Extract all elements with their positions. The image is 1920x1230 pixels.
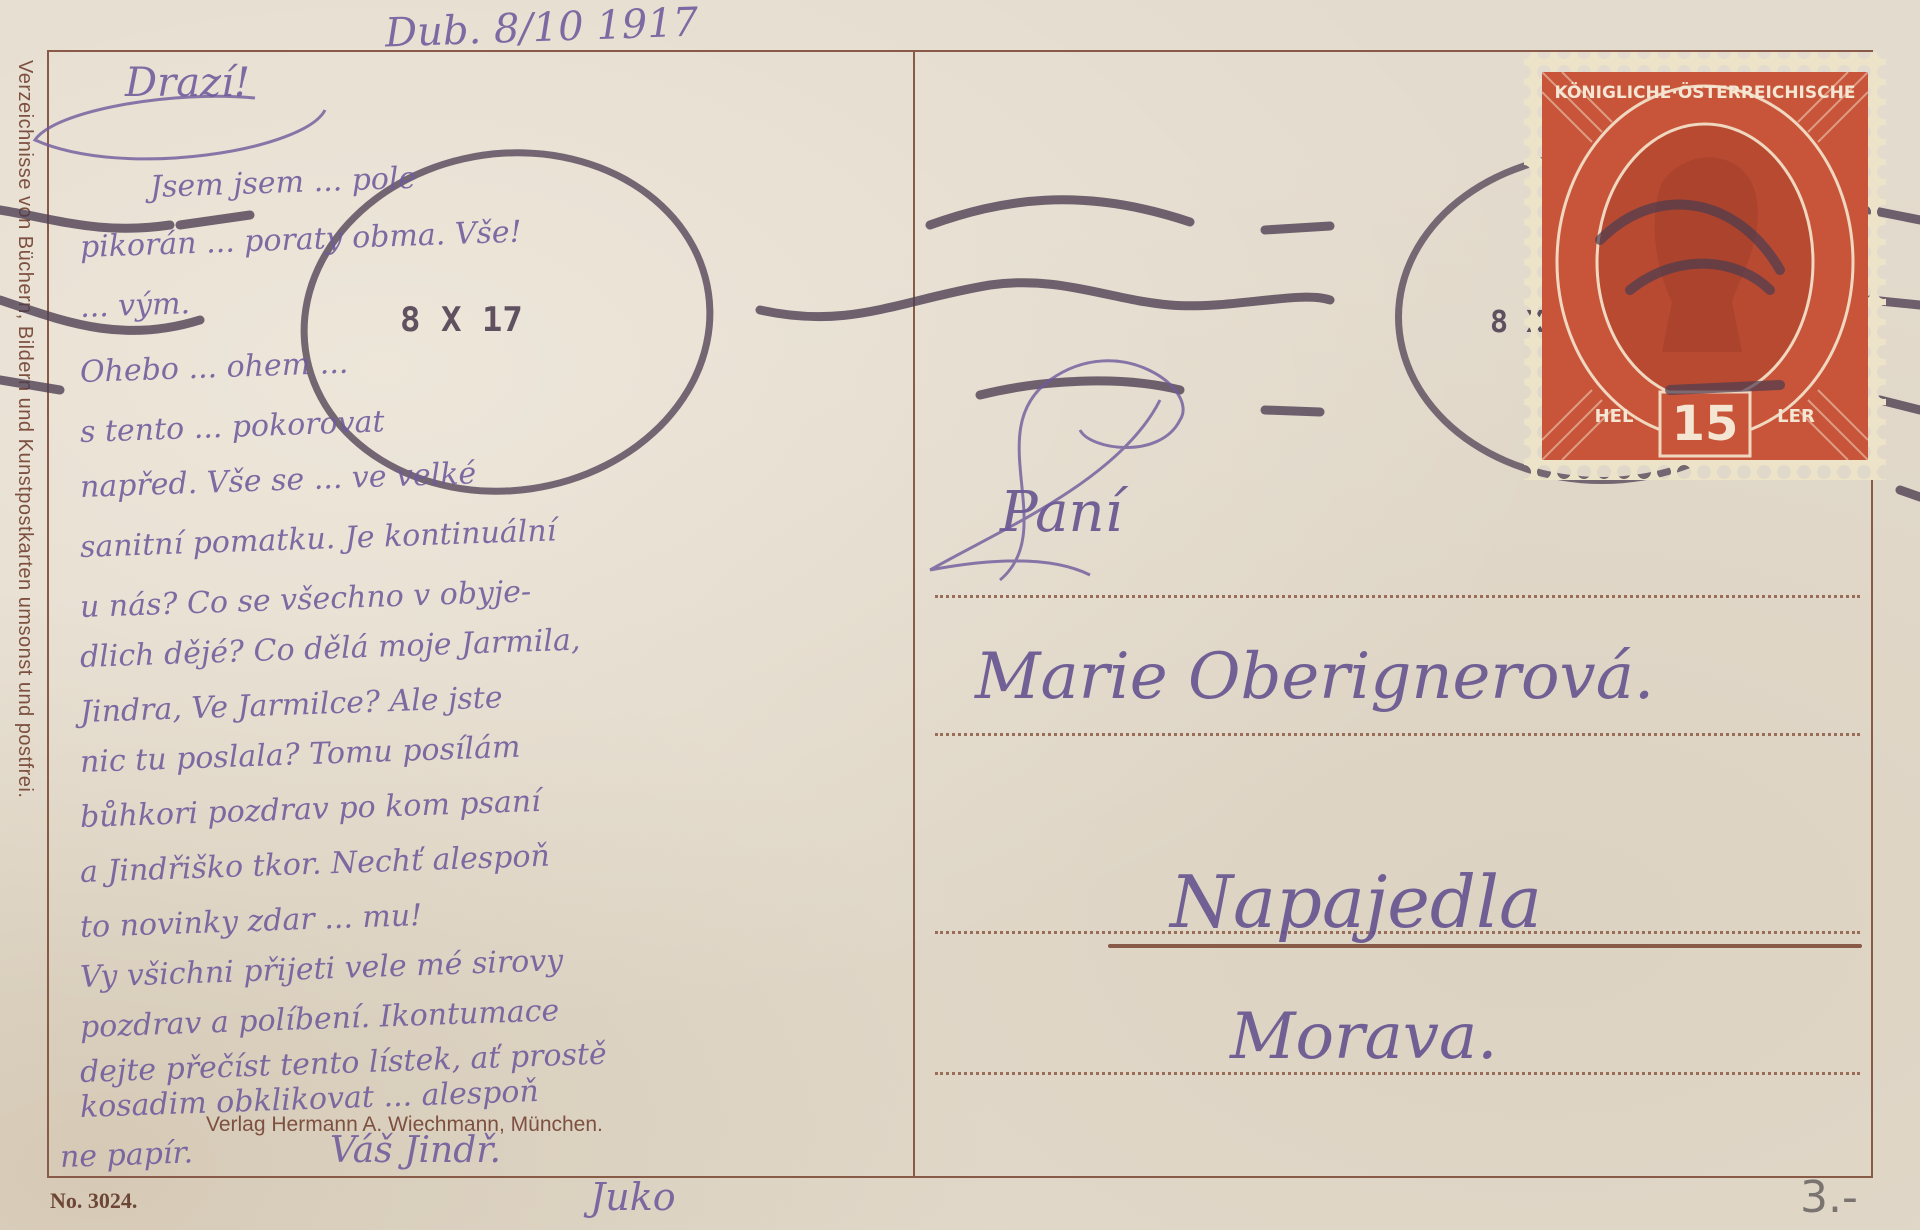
recipient-region: Morava. <box>1230 1000 1497 1074</box>
recipient-town: Napajedla <box>1170 860 1542 944</box>
message-line: ... vým. <box>79 286 190 325</box>
stamp-cancel <box>1540 120 1900 480</box>
recipient-name: Marie Oberignerová. <box>975 640 1654 714</box>
stamp-inscription: KÖNIGLICHE·ÖSTERREICHISCHE <box>1555 81 1856 103</box>
message-line: ne papír. <box>59 1135 193 1175</box>
pencil-price-note: 3.- <box>1800 1172 1858 1223</box>
prefix-flourish <box>920 330 1220 590</box>
message-closing: Váš Jindř. <box>330 1130 501 1171</box>
postmark-left-date: 8 X 17 <box>400 300 523 340</box>
postcard-back: Verzeichnisse von Büchern, Bildern und K… <box>0 0 1920 1230</box>
salutation-flourish <box>25 70 365 170</box>
message-signature: Juko <box>590 1175 676 1219</box>
